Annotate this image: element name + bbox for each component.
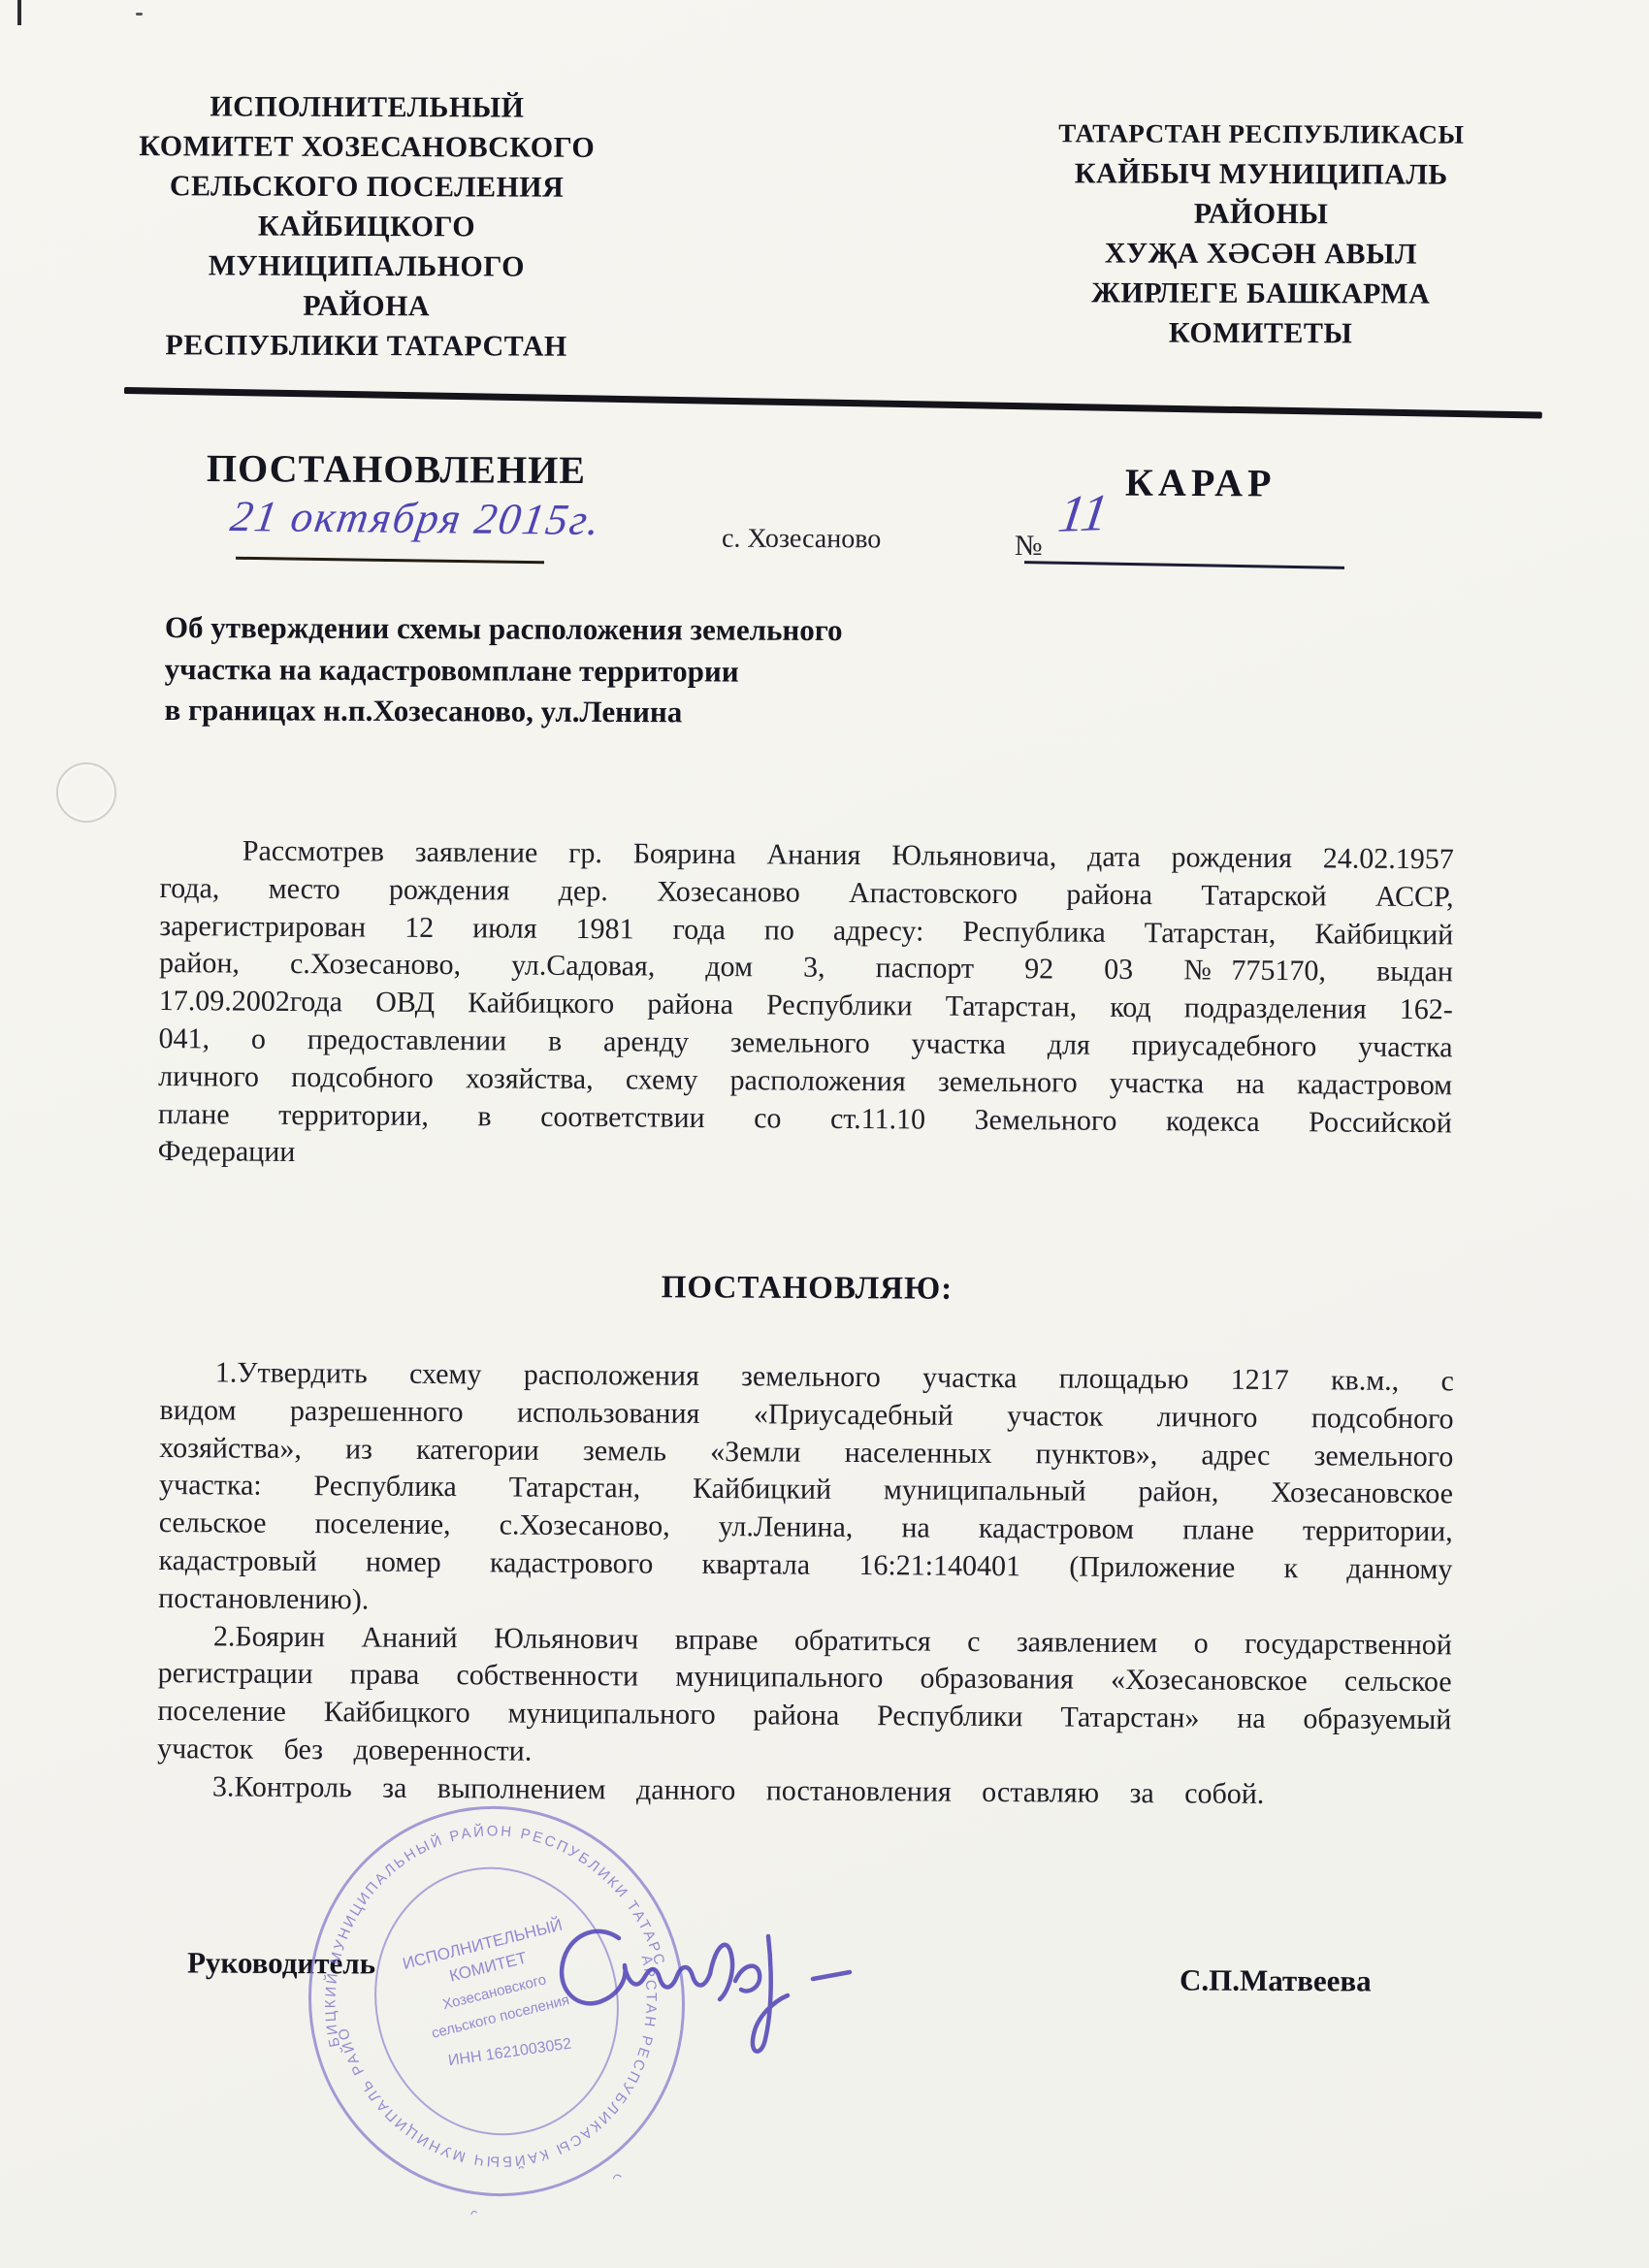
resolution-items: 1.Утвердить схему расположения земельног…	[157, 1354, 1454, 1815]
doc-type-tatar: КАРАР	[1125, 460, 1277, 506]
scan-edge-mark	[17, 0, 21, 25]
handwritten-date: 21 октября 2015г.	[227, 491, 604, 545]
letterhead-line: ХУҖА ХӘСӘН АВЫЛ	[999, 233, 1523, 275]
letterhead-line: КАЙБИЦКОГО МУНИЦИПАЛЬНОГО	[105, 206, 629, 287]
date-underline	[236, 557, 544, 564]
title-line: в границах н.п.Хозесаново, ул.Ленина	[164, 690, 1037, 734]
number-underline	[1024, 561, 1344, 569]
letterhead-line: ТАТАРСТАН РЕСПУБЛИКАСЫ	[999, 113, 1523, 155]
letterhead-line: РАЙОНА	[105, 285, 629, 327]
letterhead-line: КОМИТЕТ ХОЗЕСАНОВСКОГО	[105, 126, 629, 168]
letterhead-line: ЖИРЛЕГЕ БАШКАРМА	[999, 273, 1523, 314]
hole-punch-mark	[56, 762, 116, 823]
letterhead-line: РЕСПУБЛИКИ ТАТАРСТАН	[105, 325, 629, 367]
letterhead-line: КАЙБЫЧ МУНИЦИПАЛЬ	[999, 153, 1523, 195]
signature-scribble	[535, 1907, 861, 2068]
resolution-item: 1.Утвердить схему расположения земельног…	[158, 1354, 1454, 1627]
place-label: с. Хозесаново	[722, 524, 881, 556]
letterhead-line: КОМИТЕТЫ	[999, 312, 1523, 354]
letterhead-line: ИСПОЛНИТЕЛЬНЫЙ	[105, 86, 629, 128]
letterhead-russian: ИСПОЛНИТЕЛЬНЫЙ КОМИТЕТ ХОЗЕСАНОВСКОГО СЕ…	[105, 86, 630, 367]
handwritten-document-number: 11	[1054, 482, 1112, 544]
doc-type-russian: ПОСТАНОВЛЕНИЕ	[207, 445, 586, 493]
document-number-label: №	[1015, 530, 1043, 563]
title-line: Об утверждении схемы расположения земель…	[165, 607, 1038, 652]
letterhead-tatar: ТАТАРСТАН РЕСПУБЛИКАСЫ КАЙБЫЧ МУНИЦИПАЛЬ…	[999, 113, 1524, 354]
scan-speck	[136, 13, 143, 16]
signatory-name: С.П.Матвеева	[1180, 1962, 1372, 1998]
resolution-item: 3.Контроль за выполнением данного постан…	[157, 1768, 1451, 1815]
letterhead-line: РАЙОНЫ	[999, 193, 1523, 235]
stamp-ogrn-text: ОГРН 1061675004330	[463, 2168, 633, 2243]
resolution-subject-title: Об утверждении схемы расположения земель…	[164, 607, 1038, 734]
letterhead-line: СЕЛЬСКОГО ПОСЕЛЕНИЯ	[105, 166, 629, 208]
resolve-heading: ПОСТАНОВЛЯЮ:	[160, 1268, 1454, 1311]
title-line: участка на кадастровомплане территории	[165, 648, 1038, 693]
scanned-document-page: ИСПОЛНИТЕЛЬНЫЙ КОМИТЕТ ХОЗЕСАНОВСКОГО СЕ…	[0, 0, 1649, 2268]
resolution-item: 2.Боярин Ананий Юльянович вправе обратит…	[157, 1618, 1452, 1777]
letterhead-divider-rule	[124, 387, 1542, 419]
preamble-paragraph: Рассмотрев заявление гр. Боярина Анания …	[158, 832, 1454, 1180]
